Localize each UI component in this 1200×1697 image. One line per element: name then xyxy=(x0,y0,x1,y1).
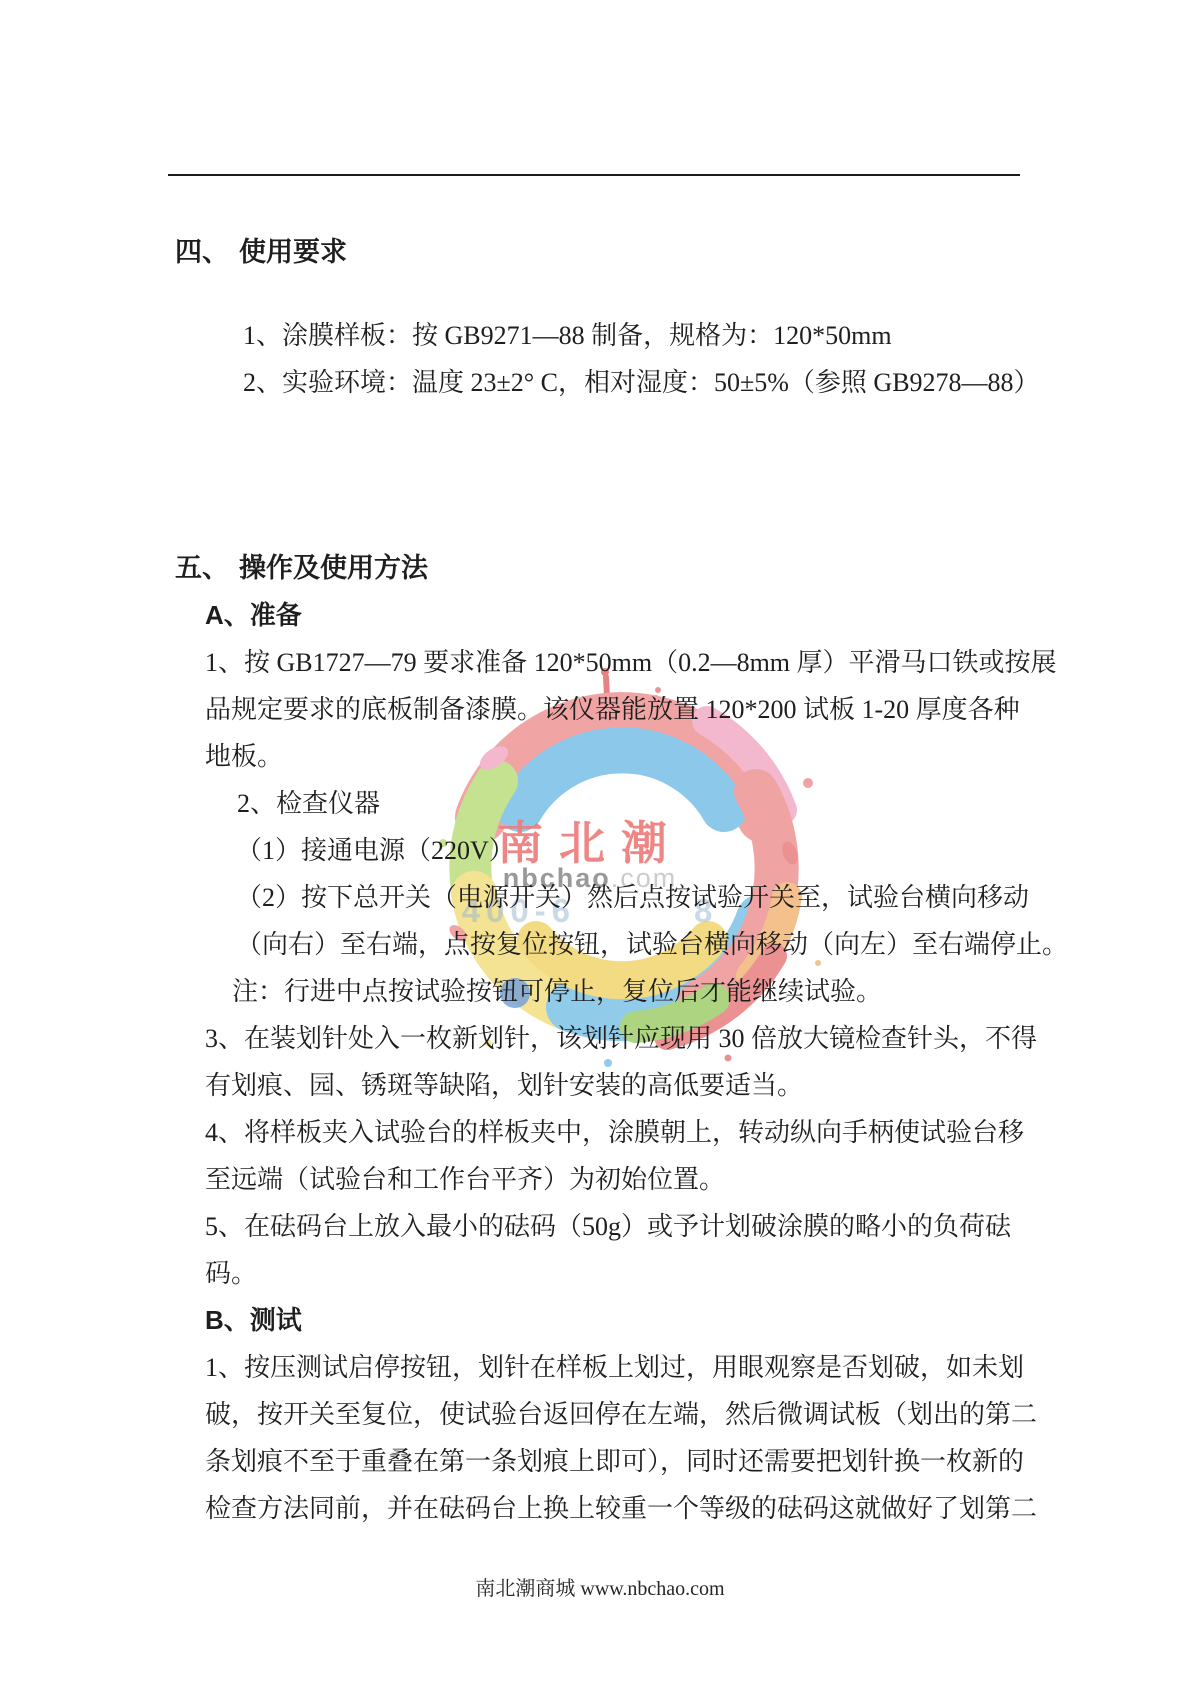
text-line: 3、在装划针处入一枚新划针，该划针应现用 30 倍放大镜检查针头，不得 xyxy=(205,1015,1200,1062)
text-line: 注：行进中点按试验按钮可停止，复位后才能继续试验。 xyxy=(232,968,1200,1015)
text-line: 码。 xyxy=(205,1250,1200,1297)
text-line: 2、检查仪器 xyxy=(237,780,1200,827)
section-number: 四、 xyxy=(175,229,239,276)
section-heading: 五、操作及使用方法 xyxy=(175,545,1200,592)
text-line: 5、在砝码台上放入最小的砝码（50g）或予计划破涂膜的略小的负荷砝 xyxy=(205,1203,1200,1250)
sub-heading: B、测试 xyxy=(205,1297,1200,1344)
document-content: 四、使用要求1、涂膜样板：按 GB9271—88 制备，规格为：120*50mm… xyxy=(0,0,1200,1532)
text-line: 4、将样板夹入试验台的样板夹中，涂膜朝上，转动纵向手柄使试验台移 xyxy=(205,1109,1200,1156)
section-number: 五、 xyxy=(175,545,239,592)
text-line: 条划痕不至于重叠在第一条划痕上即可），同时还需要把划针换一枚新的 xyxy=(205,1438,1200,1485)
text-line: 破，按开关至复位，使试验台返回停在左端，然后微调试板（划出的第二 xyxy=(205,1391,1200,1438)
text-line: （1）接通电源（220V） xyxy=(236,827,1200,874)
document-page: 南北潮 nbchao.com 400-68 四、使用要求1、涂膜样板：按 GB9… xyxy=(0,0,1200,1697)
section-title: 操作及使用方法 xyxy=(239,553,428,583)
text-line: （向右）至右端，点按复位按钮，试验台横向移动（向左）至右端停止。 xyxy=(236,921,1200,968)
text-line: （2）按下总开关（电源开关）然后点按试验开关至，试验台横向移动 xyxy=(236,874,1200,921)
text-line: 有划痕、园、锈斑等缺陷，划针安装的高低要适当。 xyxy=(205,1062,1200,1109)
text-line: 品规定要求的底板制备漆膜。该仪器能放置 120*200 试板 1-20 厚度各种 xyxy=(205,686,1200,733)
text-line: 2、实验环境：温度 23±2° C，相对湿度：50±5%（参照 GB9278—8… xyxy=(243,359,1200,406)
sub-heading: A、准备 xyxy=(205,592,1200,639)
text-line: 1、涂膜样板：按 GB9271—88 制备，规格为：120*50mm xyxy=(243,312,1200,359)
text-line: 检查方法同前，并在砝码台上换上较重一个等级的砝码这就做好了划第二 xyxy=(205,1485,1200,1532)
section-heading: 四、使用要求 xyxy=(175,229,1200,276)
text-line: 地板。 xyxy=(205,733,1200,780)
text-line: 1、按压测试启停按钮，划针在样板上划过，用眼观察是否划破，如未划 xyxy=(205,1344,1200,1391)
text-line: 至远端（试验台和工作台平齐）为初始位置。 xyxy=(205,1156,1200,1203)
section-title: 使用要求 xyxy=(239,237,347,267)
text-line: 1、按 GB1727—79 要求准备 120*50mm（0.2—8mm 厚）平滑… xyxy=(205,639,1200,686)
footer-text: 南北潮商城 www.nbchao.com xyxy=(0,1576,1200,1602)
